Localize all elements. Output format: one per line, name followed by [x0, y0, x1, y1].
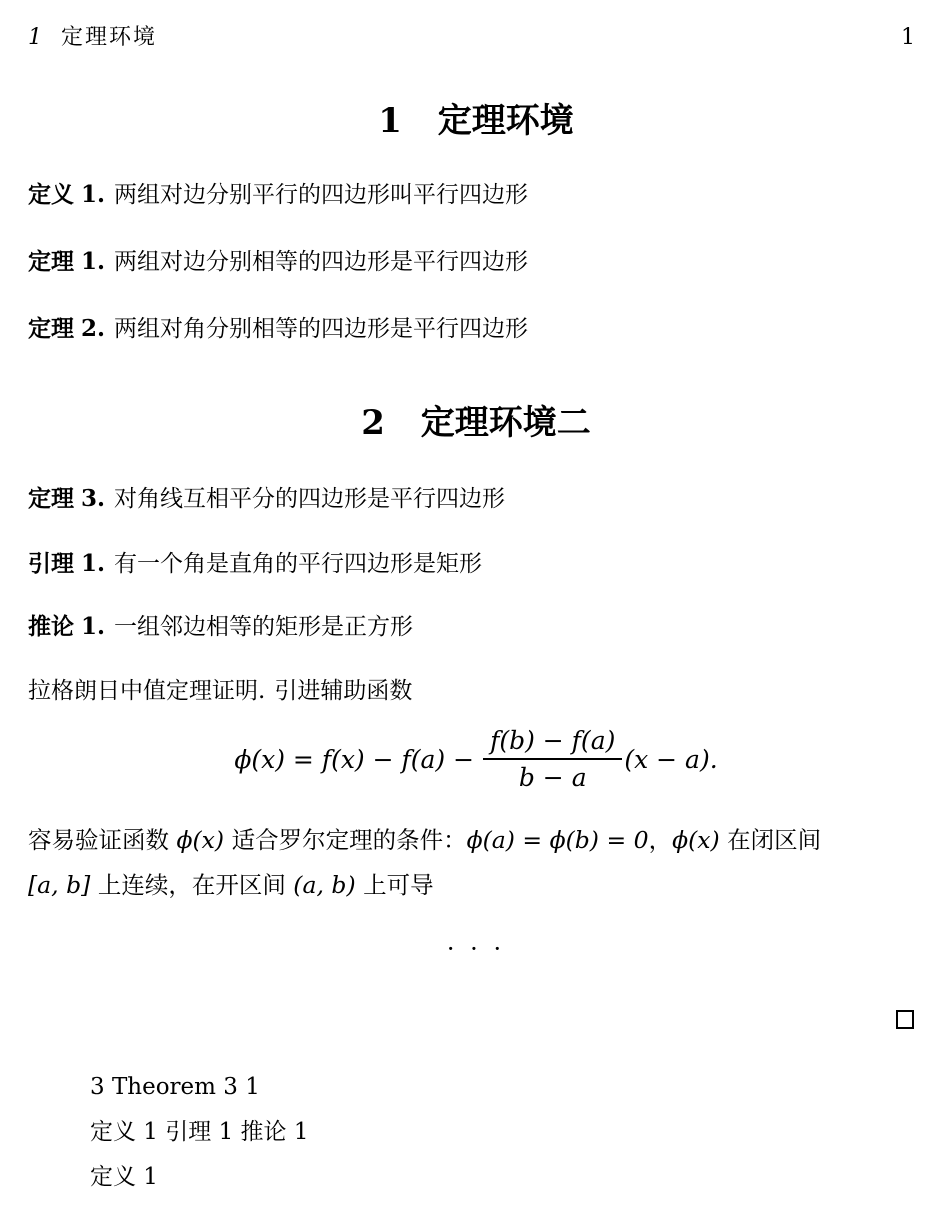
- qed-square: [896, 1010, 914, 1029]
- paragraph-text: 适合罗尔定理的条件：: [224, 826, 466, 854]
- inline-math: (a, b): [293, 871, 355, 899]
- inline-math: ϕ(a) = ϕ(b) = 0: [467, 826, 649, 854]
- formula-tail: (x − a).: [624, 745, 717, 774]
- corollary-1-row: 推论1.一组邻边相等的矩形是正方形: [28, 612, 922, 642]
- running-head: 1 定理环境: [28, 25, 157, 51]
- formula-lead: ϕ(x) = f(x) − f(a) −: [234, 745, 474, 774]
- definition-1-row: 定义1.两组对边分别平行的四边形叫平行四边形: [28, 180, 922, 210]
- running-head-title: 定理环境: [61, 25, 157, 50]
- lemma-1-row: 引理1.有一个角是直角的平行四边形是矩形: [28, 549, 922, 579]
- section-1-heading: 1 定理环境: [0, 100, 952, 142]
- theorem-body: 两组对角分别相等的四边形是平行四边形: [114, 316, 528, 342]
- paragraph-text: 容易验证函数: [28, 826, 176, 854]
- theorem-3-row: 定理3.对角线互相平分的四边形是平行四边形: [28, 484, 922, 514]
- display-formula: ϕ(x) = f(x) − f(a) − f(b) − f(a) b − a (…: [0, 726, 952, 792]
- theorem-number: 1.: [81, 181, 105, 208]
- theorem-1-row: 定理1.两组对边分别相等的四边形是平行四边形: [28, 247, 922, 277]
- document-page: 1 定理环境 1 1 定理环境 定义1.两组对边分别平行的四边形叫平行四边形 定…: [0, 0, 952, 1208]
- theorem-body: 两组对边分别相等的四边形是平行四边形: [114, 249, 528, 275]
- theorem-body: 两组对边分别平行的四边形叫平行四边形: [114, 182, 528, 208]
- theorem-2-row: 定理2.两组对角分别相等的四边形是平行四边形: [28, 314, 922, 344]
- section-2-number: 2: [361, 403, 385, 443]
- section-2-heading: 2 定理环境二: [0, 402, 952, 444]
- theorem-body: 有一个角是直角的平行四边形是矩形: [114, 551, 482, 577]
- proof-intro-text: 引进辅助函数: [274, 678, 412, 704]
- theorem-number: 2.: [81, 315, 105, 342]
- page-number: 1: [901, 25, 915, 51]
- paragraph-text: 上连续，在开区间: [90, 871, 293, 899]
- fraction-numerator: f(b) − f(a): [483, 726, 622, 760]
- theorem-label: 定理: [28, 316, 74, 342]
- theorem-label: 推论: [28, 614, 74, 640]
- section-2-title: 定理环境二: [421, 403, 591, 443]
- theorem-label: 定义: [28, 182, 74, 208]
- theorem-body: 对角线互相平分的四边形是平行四边形: [114, 486, 505, 512]
- paragraph-text: ，: [649, 826, 673, 854]
- theorem-label: 定理: [28, 486, 74, 512]
- inline-math: ϕ(x): [176, 826, 224, 854]
- inline-math: ϕ(x): [672, 826, 720, 854]
- footer-line-3: 定义 1: [90, 1155, 308, 1200]
- fraction-denominator: b − a: [483, 760, 622, 792]
- section-1-title: 定理环境: [438, 101, 574, 141]
- theorem-number: 1.: [81, 248, 105, 275]
- theorem-label: 引理: [28, 551, 74, 577]
- theorem-body: 一组邻边相等的矩形是正方形: [114, 614, 413, 640]
- proof-body-paragraph: 容易验证函数 ϕ(x) 适合罗尔定理的条件：ϕ(a) = ϕ(b) = 0，ϕ(…: [28, 818, 924, 908]
- paragraph-text: 上可导: [356, 871, 434, 899]
- ellipsis-dots: · · ·: [0, 935, 952, 963]
- inline-math: [a, b]: [28, 871, 90, 899]
- footer-counter-block: 3 Theorem 3 1 定义 1 引理 1 推论 1 定义 1: [90, 1065, 308, 1200]
- proof-intro-row: 拉格朗日中值定理证明.引进辅助函数: [28, 676, 412, 706]
- running-head-section-number: 1: [28, 25, 42, 50]
- paragraph-text: 在闭区间: [720, 826, 821, 854]
- footer-line-2: 定义 1 引理 1 推论 1: [90, 1110, 308, 1155]
- theorem-label: 定理: [28, 249, 74, 275]
- section-1-number: 1: [378, 101, 402, 141]
- proof-label: 拉格朗日中值定理证明.: [28, 678, 265, 704]
- theorem-number: 1.: [81, 550, 105, 577]
- formula-fraction: f(b) − f(a) b − a: [483, 726, 622, 792]
- theorem-number: 3.: [81, 485, 105, 512]
- theorem-number: 1.: [81, 613, 105, 640]
- footer-line-1: 3 Theorem 3 1: [90, 1065, 308, 1110]
